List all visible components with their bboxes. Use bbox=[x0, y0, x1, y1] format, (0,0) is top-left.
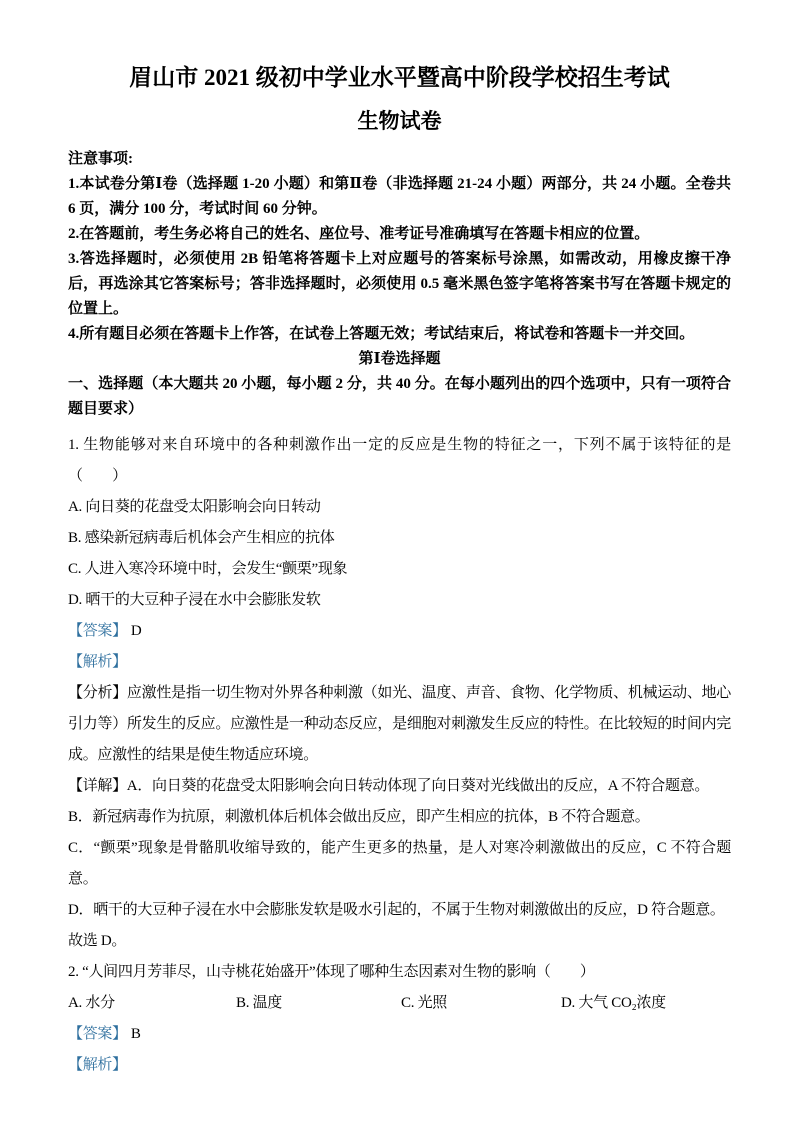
notices-section: 注意事项: 1.本试卷分第Ⅰ卷（选择题 1-20 小题）和第Ⅱ卷（非选择题 21… bbox=[68, 147, 731, 347]
analysis-label: 【解析】 bbox=[68, 1057, 127, 1073]
notice-item: 1.本试卷分第Ⅰ卷（选择题 1-20 小题）和第Ⅱ卷（非选择题 21-24 小题… bbox=[68, 172, 731, 222]
analysis-label-line: 【解析】 bbox=[68, 647, 731, 678]
option: C. 光照 bbox=[401, 988, 561, 1019]
answer-label: 【答案】 bbox=[68, 623, 127, 639]
part-heading: 第Ⅰ卷选择题 bbox=[68, 347, 731, 372]
analysis-paragraph: 【详解】A．向日葵的花盘受太阳影响会向日转动体现了向日葵对光线做出的反应，A 不… bbox=[68, 771, 731, 802]
analysis-label: 【解析】 bbox=[68, 654, 127, 670]
notice-item: 3.答选择题时，必须使用 2B 铅笔将答题卡上对应题号的答案标号涂黑，如需改动，… bbox=[68, 247, 731, 322]
question-1: 1. 生物能够对来自环境中的各种刺激作出一定的反应是生物的特征之一，下列不属于该… bbox=[68, 430, 731, 957]
answer-label: 【答案】 bbox=[68, 1026, 127, 1042]
question-stem: 1. 生物能够对来自环境中的各种刺激作出一定的反应是生物的特征之一，下列不属于该… bbox=[68, 430, 731, 492]
notices-list: 1.本试卷分第Ⅰ卷（选择题 1-20 小题）和第Ⅱ卷（非选择题 21-24 小题… bbox=[68, 172, 731, 347]
analysis-paragraph: 【分析】应激性是指一切生物对外界各种刺激（如光、温度、声音、食物、化学物质、机械… bbox=[68, 678, 731, 771]
option: C. 人进入寒冷环境中时，会发生“颤栗”现象 bbox=[68, 554, 731, 585]
analysis-paragraph: D．晒干的大豆种子浸在水中会膨胀发软是吸水引起的，不属于生物对刺激做出的反应，D… bbox=[68, 895, 731, 926]
questions: 1. 生物能够对来自环境中的各种刺激作出一定的反应是生物的特征之一，下列不属于该… bbox=[68, 430, 731, 1081]
page-subtitle: 生物试卷 bbox=[68, 109, 731, 134]
notice-item: 2.在答题前，考生务必将自己的姓名、座位号、准考证号准确填写在答题卡相应的位置。 bbox=[68, 222, 731, 247]
answer-value: D bbox=[131, 623, 142, 639]
analysis-paragraph: C．“颤栗”现象是骨骼肌收缩导致的，能产生更多的热量，是人对寒冷刺激做出的反应，… bbox=[68, 833, 731, 895]
analysis-paragraph: 故选 D。 bbox=[68, 926, 731, 957]
answer-line: 【答案】D bbox=[68, 616, 731, 647]
option: D. 晒干的大豆种子浸在水中会膨胀发软 bbox=[68, 585, 731, 616]
option: A. 水分 bbox=[68, 988, 236, 1019]
option: A. 向日葵的花盘受太阳影响会向日转动 bbox=[68, 492, 731, 523]
option: D. 大气 CO₂浓度 bbox=[561, 988, 731, 1019]
analysis-paragraph: B．新冠病毒作为抗原，刺激机体后机体会做出反应，即产生相应的抗体，B 不符合题意… bbox=[68, 802, 731, 833]
analysis-label-line: 【解析】 bbox=[68, 1050, 731, 1081]
options-row: A. 水分B. 温度C. 光照D. 大气 CO₂浓度 bbox=[68, 988, 731, 1019]
section-intro: 一、选择题（本大题共 20 小题，每小题 2 分，共 40 分。在每小题列出的四… bbox=[68, 372, 731, 422]
notices-heading: 注意事项: bbox=[68, 147, 731, 172]
answer-line: 【答案】B bbox=[68, 1019, 731, 1050]
exam-paper-page: 眉山市 2021 级初中学业水平暨高中阶段学校招生考试 生物试卷 注意事项: 1… bbox=[0, 0, 793, 1122]
question-2: 2. “人间四月芳菲尽，山寺桃花始盛开”体现了哪种生态因素对生物的影响（ ）A.… bbox=[68, 957, 731, 1081]
page-title: 眉山市 2021 级初中学业水平暨高中阶段学校招生考试 bbox=[68, 64, 731, 93]
question-stem: 2. “人间四月芳菲尽，山寺桃花始盛开”体现了哪种生态因素对生物的影响（ ） bbox=[68, 957, 731, 988]
answer-value: B bbox=[131, 1026, 141, 1042]
option: B. 感染新冠病毒后机体会产生相应的抗体 bbox=[68, 523, 731, 554]
option: B. 温度 bbox=[236, 988, 401, 1019]
notice-item: 4.所有题目必须在答题卡上作答，在试卷上答题无效；考试结束后，将试卷和答题卡一并… bbox=[68, 322, 731, 347]
